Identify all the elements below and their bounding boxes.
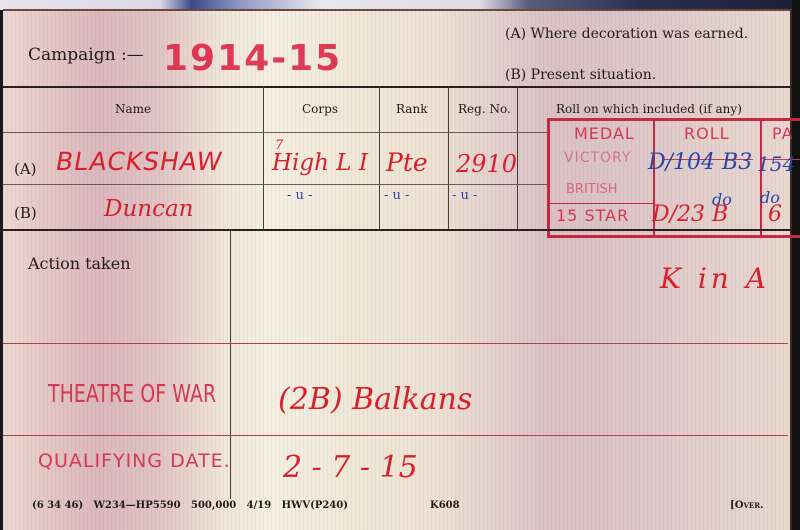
col-divider [263,87,264,229]
col-divider [448,87,449,229]
col-header-roll: Roll on which included (if any) [556,102,742,116]
form-code: K608 [430,500,460,511]
roll-stamp-divider [550,203,653,204]
note-present-situation: (B) Present situation. [505,67,656,83]
roll-stamp-divider [760,121,762,235]
row-a-reg-no: 2910 [456,150,517,178]
col-divider [517,87,518,229]
roll-victory-page: 154 [757,152,795,176]
col-header-rank: Rank [396,102,427,116]
row-a-underline [3,184,548,185]
campaign-stamp: 1914-15 [163,38,342,79]
roll-header-medal: MEDAL [574,124,635,143]
roll-15-star-page: 6 [768,202,782,227]
row-a-marker: (A) [14,160,37,178]
col-header-name: Name [115,102,151,116]
action-bottom-rule [3,343,788,344]
scan-right-edge [792,0,800,530]
theatre-of-war-value: (2B) Balkans [278,382,472,417]
col-header-reg-no: Reg. No. [458,102,511,116]
qualifying-date-value: 2 - 7 - 15 [283,450,418,485]
row-a-corps: High L I [272,150,368,176]
roll-medal-15-star: 15 STAR [556,206,629,225]
row-b-name: Duncan [104,196,193,222]
roll-header-page: PA [772,124,794,143]
theatre-of-war-label: THEATRE OF WAR [48,380,216,409]
row-b-reg-no: - u - [452,188,477,203]
header-rule [3,86,792,88]
roll-medal-victory: VICTORY [564,150,631,166]
over-note: [Over. [730,500,764,511]
header-underline [3,132,548,133]
campaign-label: Campaign :— [28,45,144,65]
roll-medal-british: BRITISH [566,182,618,197]
action-taken-label: Action taken [28,254,131,273]
row-b-rank: - u - [384,188,409,203]
row-b-corps: - u - [287,188,312,203]
table-bottom-rule [3,229,792,231]
print-code: (6 34 46) W234—HP5590 500,000 4/19 HWV(P… [32,500,348,511]
roll-victory-roll: D/104 B3 [648,150,752,175]
roll-header-roll: ROLL [684,124,730,143]
col-header-corps: Corps [302,102,338,116]
theatre-bottom-rule [3,435,788,436]
qualifying-date-label: QUALIFYING DATE. [38,450,231,472]
row-a-rank: Pte [386,148,428,177]
roll-15-star-roll: D/23 B [652,202,728,227]
col-divider [379,87,380,229]
action-taken-value: K in A [660,262,770,295]
note-where-earned: (A) Where decoration was earned. [505,26,748,42]
row-a-name: BLACKSHAW [53,147,224,176]
row-b-marker: (B) [14,204,37,222]
